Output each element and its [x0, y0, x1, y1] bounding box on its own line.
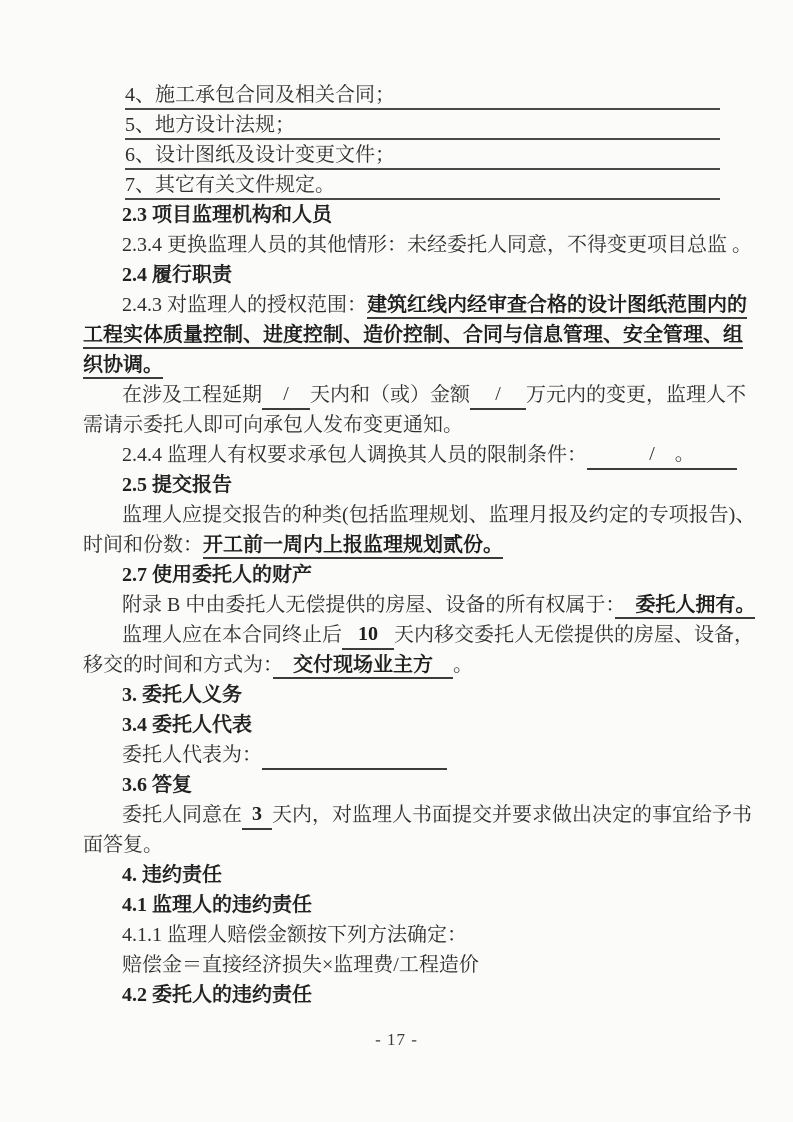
applicable-doc-item-5: 5、地方设计法规； [125, 110, 720, 140]
fill-in-text: 3.4 委托人代表 [122, 714, 252, 736]
heading-3-6: 3.6 答复 [122, 770, 793, 800]
delay-days-blank: / [262, 381, 310, 410]
fill-in-text: 2.7 使用委托人的财产 [122, 564, 312, 586]
text-segment: 天内和（或）金额 [310, 384, 470, 406]
text-segment: 万元内的变更，监理人不 [526, 384, 746, 406]
heading-4-1: 4.1 监理人的违约责任 [122, 890, 793, 920]
heading-2-7: 2.7 使用委托人的财产 [122, 560, 793, 590]
fill-in-text: 2.5 提交报告 [122, 474, 232, 496]
heading-4-2: 4.2 委托人的违约责任 [122, 980, 793, 1010]
text-segment: 天内，对监理人书面提交并要求做出决定的事宜给予书 [272, 804, 752, 826]
text-segment: 。 [453, 654, 473, 676]
clause-2-7-handover: 监理人应在本合同终止后10天内移交委托人无偿提供的房屋、设备， [122, 620, 793, 650]
heading-2-5: 2.5 提交报告 [122, 470, 793, 500]
text-segment: 天内移交委托人无偿提供的房屋、设备， [394, 624, 754, 646]
authorization-scope-fill: 建筑红线内经审查合格的设计图纸范围内的 [367, 294, 747, 319]
authorization-scope-fill: 织协调。 [83, 354, 163, 379]
fill-in-text: 4. 违约责任 [122, 864, 222, 886]
heading-4: 4. 违约责任 [122, 860, 793, 890]
clause-2-4-4: 2.4.4 监理人有权要求承包人调换其人员的限制条件： / 。 [122, 440, 793, 470]
clause-2-4-3-cont-2: 织协调。 [83, 350, 793, 380]
clause-2-5-body: 监理人应提交报告的种类(包括监理规划、监理月报及约定的专项报告)、 [122, 500, 793, 530]
text-segment: 监理人应提交报告的种类(包括监理规划、监理月报及约定的专项报告)、 [122, 504, 755, 526]
clause-2-4-3: 2.4.3 对监理人的授权范围：建筑红线内经审查合格的设计图纸范围内的 [122, 290, 793, 320]
authorization-scope-fill: 工程实体质量控制、进度控制、造价控制、合同与信息管理、安全管理、组 [83, 324, 743, 349]
clause-2-3-4: 2.3.4 更换监理人员的其他情形：未经委托人同意，不得变更项目总监 。 [122, 230, 793, 260]
reply-days-fill: 3 [242, 801, 272, 830]
page-number: - 17 - [375, 1030, 418, 1049]
heading-3: 3. 委托人义务 [122, 680, 793, 710]
clause-3-6-cont: 面答复。 [83, 830, 793, 860]
text-segment: 4.1.1 监理人赔偿金额按下列方法确定： [122, 924, 467, 946]
page-footer: - 17 - [0, 1030, 793, 1050]
applicable-doc-item-4: 4、施工承包合同及相关合同； [125, 80, 720, 110]
heading-2-4: 2.4 履行职责 [122, 260, 793, 290]
compensation-formula: 赔偿金＝直接经济损失×监理费/工程造价 [122, 950, 793, 980]
text-segment: 时间和份数： [83, 534, 203, 556]
clause-3-6-body: 委托人同意在3天内，对监理人书面提交并要求做出决定的事宜给予书 [122, 800, 793, 830]
fill-in-text: 3. 委托人义务 [122, 684, 242, 706]
text-segment: 7、其它有关文件规定。 [125, 174, 335, 196]
text-segment: 5、地方设计法规； [125, 114, 295, 136]
text-segment: 2.3.4 更换监理人员的其他情形：未经委托人同意，不得变更项目总监 。 [122, 234, 752, 256]
heading-3-4: 3.4 委托人代表 [122, 710, 793, 740]
text-segment: 4、施工承包合同及相关合同； [125, 84, 395, 106]
text-segment: 2.4.4 监理人有权要求承包人调换其人员的限制条件： [122, 444, 587, 466]
handover-method-fill: 交付现场业主方 [273, 654, 453, 679]
document-body: 4、施工承包合同及相关合同；5、地方设计法规；6、设计图纸及设计变更文件；7、其… [0, 80, 793, 1010]
text-segment: 委托人代表为： [122, 744, 262, 766]
restriction-blank: / 。 [587, 441, 737, 470]
report-schedule-fill: 开工前一周内上报监理规划贰份。 [203, 534, 503, 559]
amount-blank: / [470, 381, 526, 410]
clause-2-5-cont: 时间和份数：开工前一周内上报监理规划贰份。 [83, 530, 793, 560]
clause-2-4-3-cont-1: 工程实体质量控制、进度控制、造价控制、合同与信息管理、安全管理、组 [83, 320, 793, 350]
contract-page: 4、施工承包合同及相关合同；5、地方设计法规；6、设计图纸及设计变更文件；7、其… [0, 0, 793, 1122]
text-segment: 面答复。 [83, 834, 163, 856]
text-segment: 6、设计图纸及设计变更文件； [125, 144, 395, 166]
fill-in-text: 3.6 答复 [122, 774, 192, 796]
fill-in-text: 2.4 履行职责 [122, 264, 232, 286]
text-segment: 赔偿金＝直接经济损失×监理费/工程造价 [122, 954, 479, 976]
text-segment: 监理人应在本合同终止后 [122, 624, 342, 646]
clause-2-7-handover-cont: 移交的时间和方式为： 交付现场业主方 。 [83, 650, 793, 680]
text-segment: 附录 B 中由委托人无偿提供的房屋、设备的所有权属于： [122, 594, 615, 616]
text-segment: 2.4.3 对监理人的授权范围： [122, 294, 367, 316]
heading-2-3: 2.3 项目监理机构和人员 [122, 200, 793, 230]
representative-blank [262, 741, 447, 770]
applicable-doc-item-7: 7、其它有关文件规定。 [125, 170, 720, 200]
ownership-fill: 委托人拥有。 [615, 594, 755, 619]
text-segment: 在涉及工程延期 [122, 384, 262, 406]
clause-change-limits: 在涉及工程延期/天内和（或）金额/万元内的变更，监理人不 [122, 380, 793, 410]
clause-2-7-ownership: 附录 B 中由委托人无偿提供的房屋、设备的所有权属于： 委托人拥有。 [122, 590, 793, 620]
clause-4-1-1: 4.1.1 监理人赔偿金额按下列方法确定： [122, 920, 793, 950]
handover-days-fill: 10 [342, 621, 394, 650]
clause-3-4-representative: 委托人代表为： [122, 740, 793, 770]
text-segment: 移交的时间和方式为： [83, 654, 273, 676]
applicable-doc-item-6: 6、设计图纸及设计变更文件； [125, 140, 720, 170]
text-segment: 委托人同意在 [122, 804, 242, 826]
clause-change-limits-cont: 需请示委托人即可向承包人发布变更通知。 [83, 410, 793, 440]
fill-in-text: 2.3 项目监理机构和人员 [122, 204, 332, 226]
fill-in-text: 4.1 监理人的违约责任 [122, 894, 312, 916]
fill-in-text: 4.2 委托人的违约责任 [122, 984, 312, 1006]
text-segment: 需请示委托人即可向承包人发布变更通知。 [83, 414, 463, 436]
